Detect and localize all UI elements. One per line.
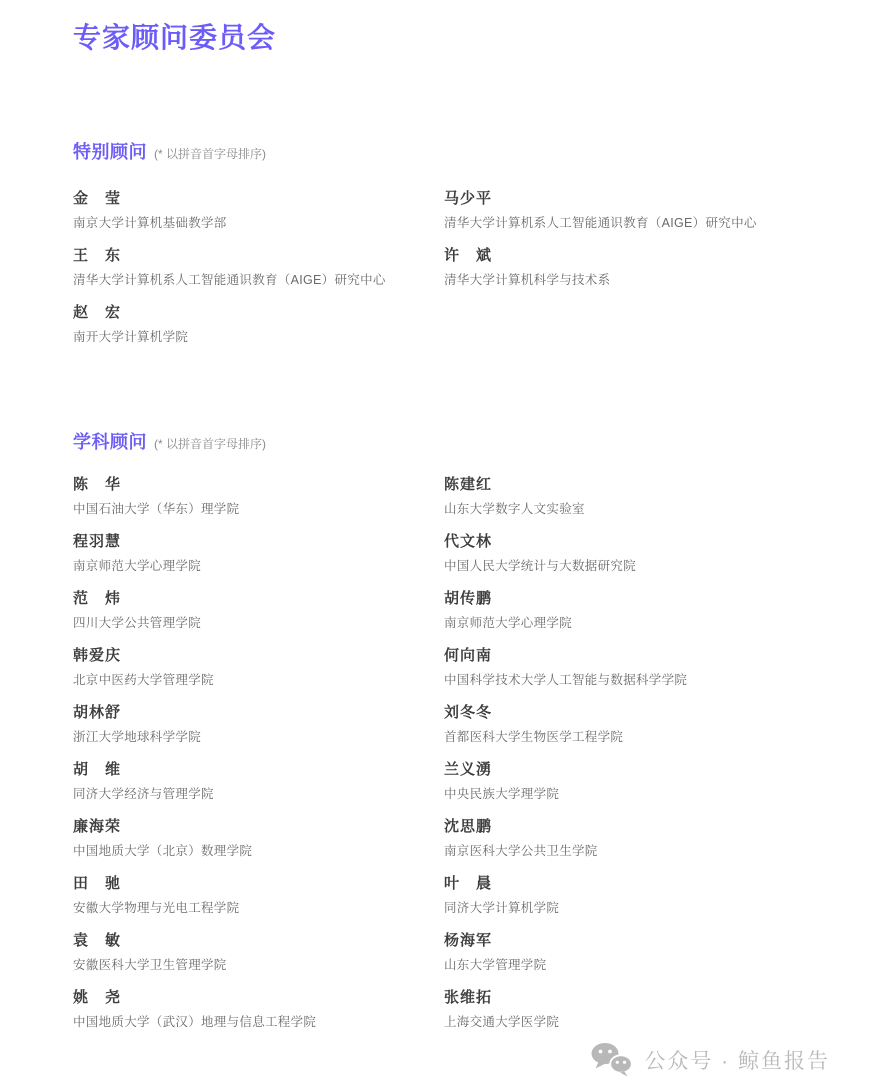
advisor-affiliation: 南京师范大学心理学院 (73, 557, 444, 575)
advisor-affiliation: 南开大学计算机学院 (73, 328, 444, 346)
wechat-icon (591, 1042, 633, 1077)
advisor-name: 兰义湧 (444, 759, 830, 781)
advisor-name: 胡林舒 (73, 702, 444, 724)
advisor-affiliation: 中国石油大学（华东）理学院 (73, 500, 444, 518)
page-title: 专家顾问委员会 (73, 18, 830, 58)
advisor-entry: 胡 维 同济大学经济与管理学院 (73, 759, 444, 803)
advisor-entry: 胡传鹏 南京师范大学心理学院 (444, 588, 830, 632)
advisor-name: 代文林 (444, 531, 830, 553)
advisor-name: 胡 维 (73, 759, 444, 781)
section-special-advisors: 特别顾问(* 以拼音首字母排序) 金 莹 南京大学计算机基础教学部 马少平 清华… (73, 140, 830, 346)
advisor-affiliation: 浙江大学地球科学学院 (73, 728, 444, 746)
advisor-entry: 金 莹 南京大学计算机基础教学部 (73, 188, 444, 232)
advisor-entry: 袁 敏 安徽医科大学卫生管理学院 (73, 930, 444, 974)
advisor-affiliation: 同济大学经济与管理学院 (73, 785, 444, 803)
advisor-name: 韩爱庆 (73, 645, 444, 667)
advisor-name: 杨海军 (444, 930, 830, 952)
advisor-entry: 王 东 清华大学计算机系人工智能通识教育（AIGE）研究中心 (73, 245, 444, 289)
subject-advisors-grid: 陈 华 中国石油大学（华东）理学院 陈建红 山东大学数字人文实验室 程羽慧 南京… (73, 474, 830, 1031)
advisor-affiliation: 山东大学管理学院 (444, 956, 830, 974)
page-content: 专家顾问委员会 特别顾问(* 以拼音首字母排序) 金 莹 南京大学计算机基础教学… (0, 0, 888, 1031)
advisor-name: 廉海荣 (73, 816, 444, 838)
advisor-entry: 田 驰 安徽大学物理与光电工程学院 (73, 873, 444, 917)
special-advisors-heading: 特别顾问(* 以拼音首字母排序) (73, 140, 830, 166)
advisor-entry: 陈建红 山东大学数字人文实验室 (444, 474, 830, 518)
advisor-name: 范 炜 (73, 588, 444, 610)
advisor-name: 姚 尧 (73, 987, 444, 1009)
advisor-entry: 代文林 中国人民大学统计与大数据研究院 (444, 531, 830, 575)
advisor-entry: 杨海军 山东大学管理学院 (444, 930, 830, 974)
advisor-entry: 许 斌 清华大学计算机科学与技术系 (444, 245, 830, 289)
advisor-name: 刘冬冬 (444, 702, 830, 724)
advisor-name: 沈思鹏 (444, 816, 830, 838)
advisor-affiliation: 中国地质大学（武汉）地理与信息工程学院 (73, 1013, 444, 1031)
section-subject-advisors: 学科顾问(* 以拼音首字母排序) 陈 华 中国石油大学（华东）理学院 陈建红 山… (73, 430, 830, 1031)
subject-advisors-heading: 学科顾问(* 以拼音首字母排序) (73, 430, 830, 456)
advisor-name: 何向南 (444, 645, 830, 667)
advisor-name: 陈建红 (444, 474, 830, 496)
advisor-entry: 程羽慧 南京师范大学心理学院 (73, 531, 444, 575)
advisor-entry: 廉海荣 中国地质大学（北京）数理学院 (73, 816, 444, 860)
advisor-entry: 刘冬冬 首都医科大学生物医学工程学院 (444, 702, 830, 746)
subject-advisors-heading-text: 学科顾问 (73, 432, 147, 452)
watermark-label: 公众号 · 鲸鱼报告 (644, 1045, 830, 1075)
special-advisors-heading-text: 特别顾问 (73, 142, 147, 162)
advisor-entry: 马少平 清华大学计算机系人工智能通识教育（AIGE）研究中心 (444, 188, 830, 232)
advisor-affiliation: 南京大学计算机基础教学部 (73, 214, 444, 232)
advisor-entry: 韩爱庆 北京中医药大学管理学院 (73, 645, 444, 689)
advisor-entry: 何向南 中国科学技术大学人工智能与数据科学学院 (444, 645, 830, 689)
advisor-affiliation: 中国地质大学（北京）数理学院 (73, 842, 444, 860)
advisor-name: 叶 晨 (444, 873, 830, 895)
advisor-affiliation: 安徽医科大学卫生管理学院 (73, 956, 444, 974)
advisor-affiliation: 中央民族大学理学院 (444, 785, 830, 803)
advisor-name: 田 驰 (73, 873, 444, 895)
watermark: 公众号 · 鲸鱼报告 (591, 1042, 830, 1077)
advisor-entry: 胡林舒 浙江大学地球科学学院 (73, 702, 444, 746)
advisor-name: 王 东 (73, 245, 444, 267)
advisor-name: 马少平 (444, 188, 830, 210)
advisor-affiliation: 南京医科大学公共卫生学院 (444, 842, 830, 860)
advisor-name: 张维拓 (444, 987, 830, 1009)
special-advisors-grid: 金 莹 南京大学计算机基础教学部 马少平 清华大学计算机系人工智能通识教育（AI… (73, 188, 830, 346)
advisor-affiliation: 同济大学计算机学院 (444, 899, 830, 917)
advisor-affiliation: 中国人民大学统计与大数据研究院 (444, 557, 830, 575)
advisor-affiliation: 安徽大学物理与光电工程学院 (73, 899, 444, 917)
subject-advisors-sort-note: (* 以拼音首字母排序) (154, 437, 266, 451)
advisor-entry: 范 炜 四川大学公共管理学院 (73, 588, 444, 632)
advisor-affiliation: 首都医科大学生物医学工程学院 (444, 728, 830, 746)
advisor-name: 许 斌 (444, 245, 830, 267)
special-advisors-sort-note: (* 以拼音首字母排序) (154, 147, 266, 161)
advisor-affiliation: 山东大学数字人文实验室 (444, 500, 830, 518)
advisor-affiliation: 清华大学计算机科学与技术系 (444, 271, 830, 289)
advisor-name: 金 莹 (73, 188, 444, 210)
advisor-affiliation: 北京中医药大学管理学院 (73, 671, 444, 689)
advisor-entry: 兰义湧 中央民族大学理学院 (444, 759, 830, 803)
advisor-entry: 赵 宏 南开大学计算机学院 (73, 302, 444, 346)
advisor-name: 袁 敏 (73, 930, 444, 952)
advisor-name: 赵 宏 (73, 302, 444, 324)
advisor-affiliation: 上海交通大学医学院 (444, 1013, 830, 1031)
advisor-affiliation: 清华大学计算机系人工智能通识教育（AIGE）研究中心 (444, 214, 830, 232)
advisor-affiliation: 中国科学技术大学人工智能与数据科学学院 (444, 671, 830, 689)
advisor-entry: 姚 尧 中国地质大学（武汉）地理与信息工程学院 (73, 987, 444, 1031)
advisor-name: 陈 华 (73, 474, 444, 496)
advisor-affiliation: 清华大学计算机系人工智能通识教育（AIGE）研究中心 (73, 271, 444, 289)
advisor-entry: 张维拓 上海交通大学医学院 (444, 987, 830, 1031)
advisor-affiliation: 南京师范大学心理学院 (444, 614, 830, 632)
advisor-affiliation: 四川大学公共管理学院 (73, 614, 444, 632)
advisor-entry: 沈思鹏 南京医科大学公共卫生学院 (444, 816, 830, 860)
advisor-entry: 叶 晨 同济大学计算机学院 (444, 873, 830, 917)
advisor-name: 程羽慧 (73, 531, 444, 553)
advisor-entry: 陈 华 中国石油大学（华东）理学院 (73, 474, 444, 518)
advisor-name: 胡传鹏 (444, 588, 830, 610)
